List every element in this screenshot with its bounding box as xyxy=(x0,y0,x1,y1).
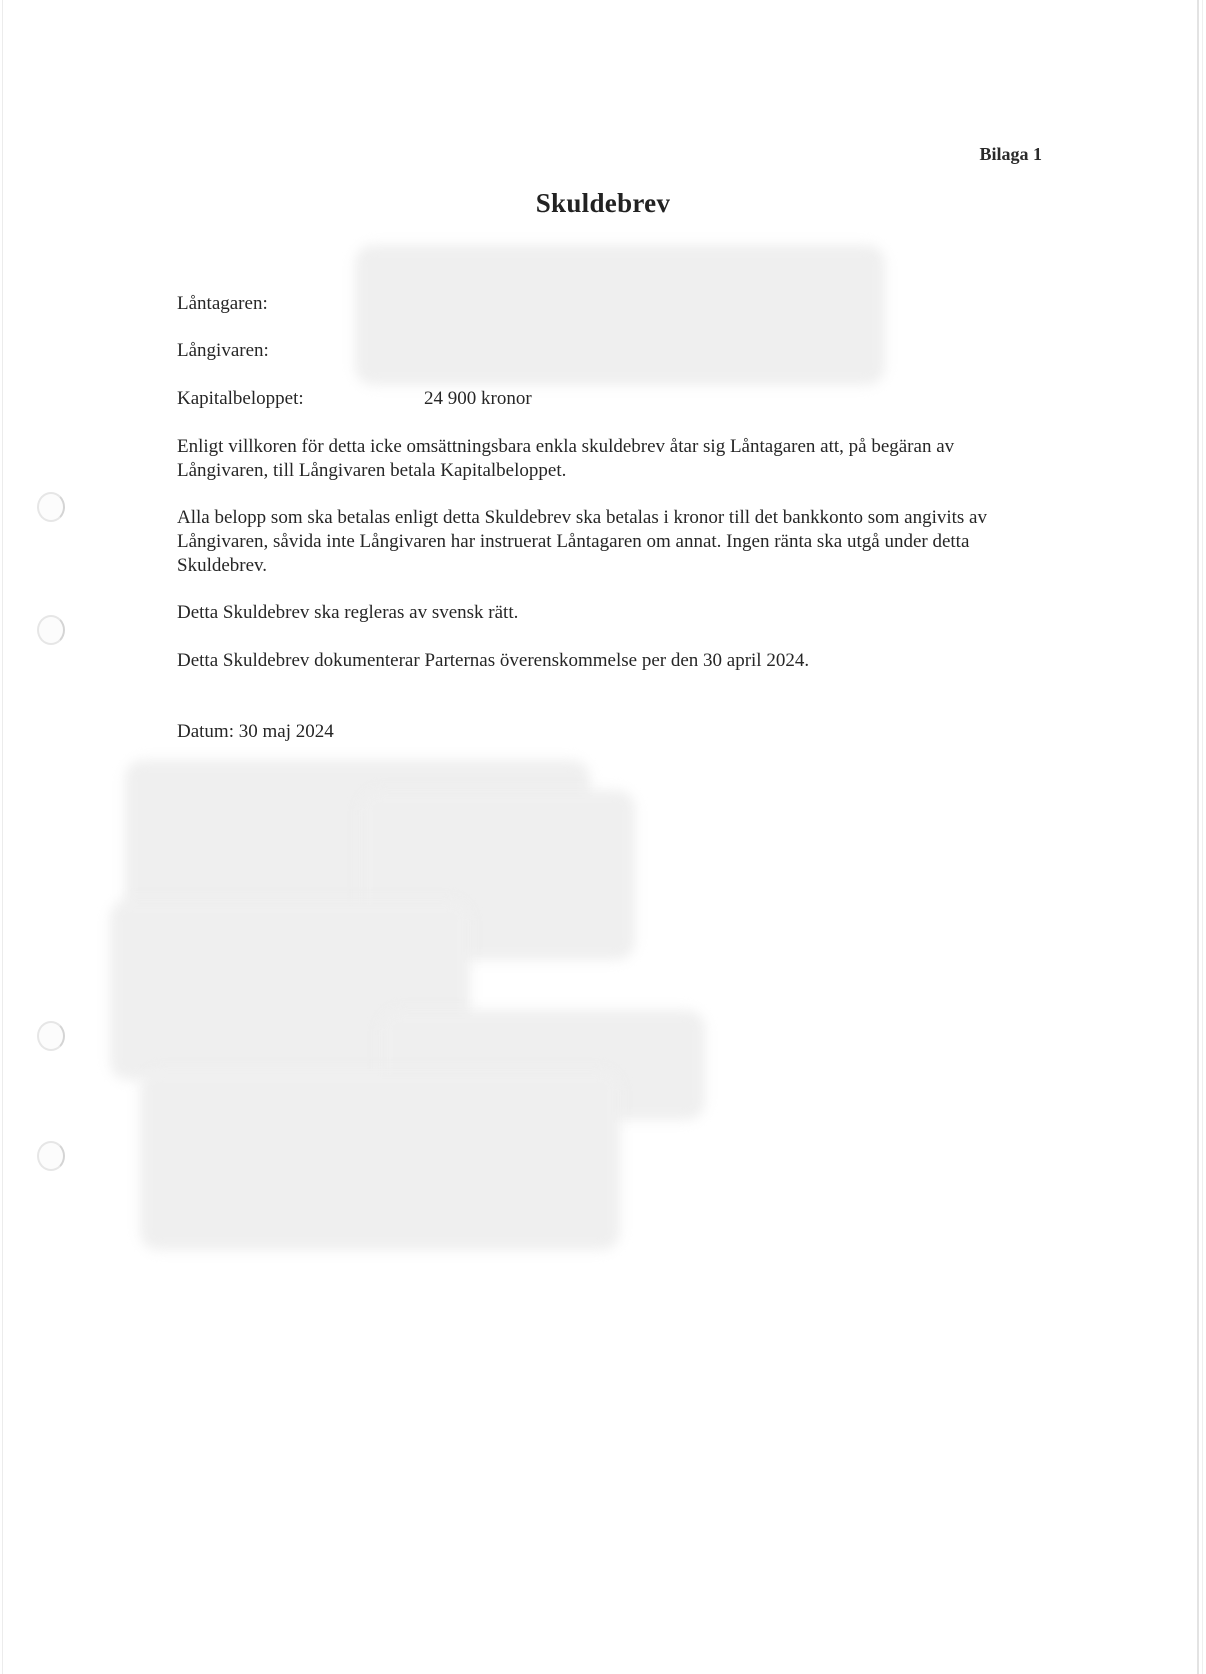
paragraph-terms: Enligt villkoren för detta icke omsättni… xyxy=(177,435,1045,483)
page-right-edge xyxy=(1197,0,1199,1674)
paragraph-agreement-date: Detta Skuldebrev dokumenterar Parternas … xyxy=(177,649,1045,673)
document-page: Bilaga 1 Skuldebrev Låntagaren: Långivar… xyxy=(0,0,1206,1674)
punch-hole-mark xyxy=(37,1021,65,1051)
document-title: Skuldebrev xyxy=(0,188,1206,219)
field-lender: Långivaren: xyxy=(177,340,269,362)
page-right-edge-shadow xyxy=(1202,0,1203,1674)
field-principal: Kapitalbeloppet: 24 900 kronor xyxy=(177,388,304,410)
paragraph-governing-law: Detta Skuldebrev ska regleras av svensk … xyxy=(177,601,1045,625)
field-borrower: Låntagaren: xyxy=(177,293,268,315)
punch-hole-mark xyxy=(37,492,65,522)
punch-hole-mark xyxy=(37,615,65,645)
date-line: Datum: 30 maj 2024 xyxy=(177,720,1045,744)
field-lender-label: Långivaren: xyxy=(177,340,269,361)
redacted-signature-block xyxy=(140,1070,620,1250)
field-principal-value: 24 900 kronor xyxy=(424,388,532,410)
field-borrower-label: Låntagaren: xyxy=(177,293,268,314)
paragraph-payment: Alla belopp som ska betalas enligt detta… xyxy=(177,506,1045,578)
field-principal-label: Kapitalbeloppet: xyxy=(177,388,304,409)
page-left-edge xyxy=(2,0,3,1674)
punch-hole-mark xyxy=(37,1141,65,1171)
annex-label: Bilaga 1 xyxy=(979,144,1042,165)
redacted-party-details xyxy=(355,245,885,385)
